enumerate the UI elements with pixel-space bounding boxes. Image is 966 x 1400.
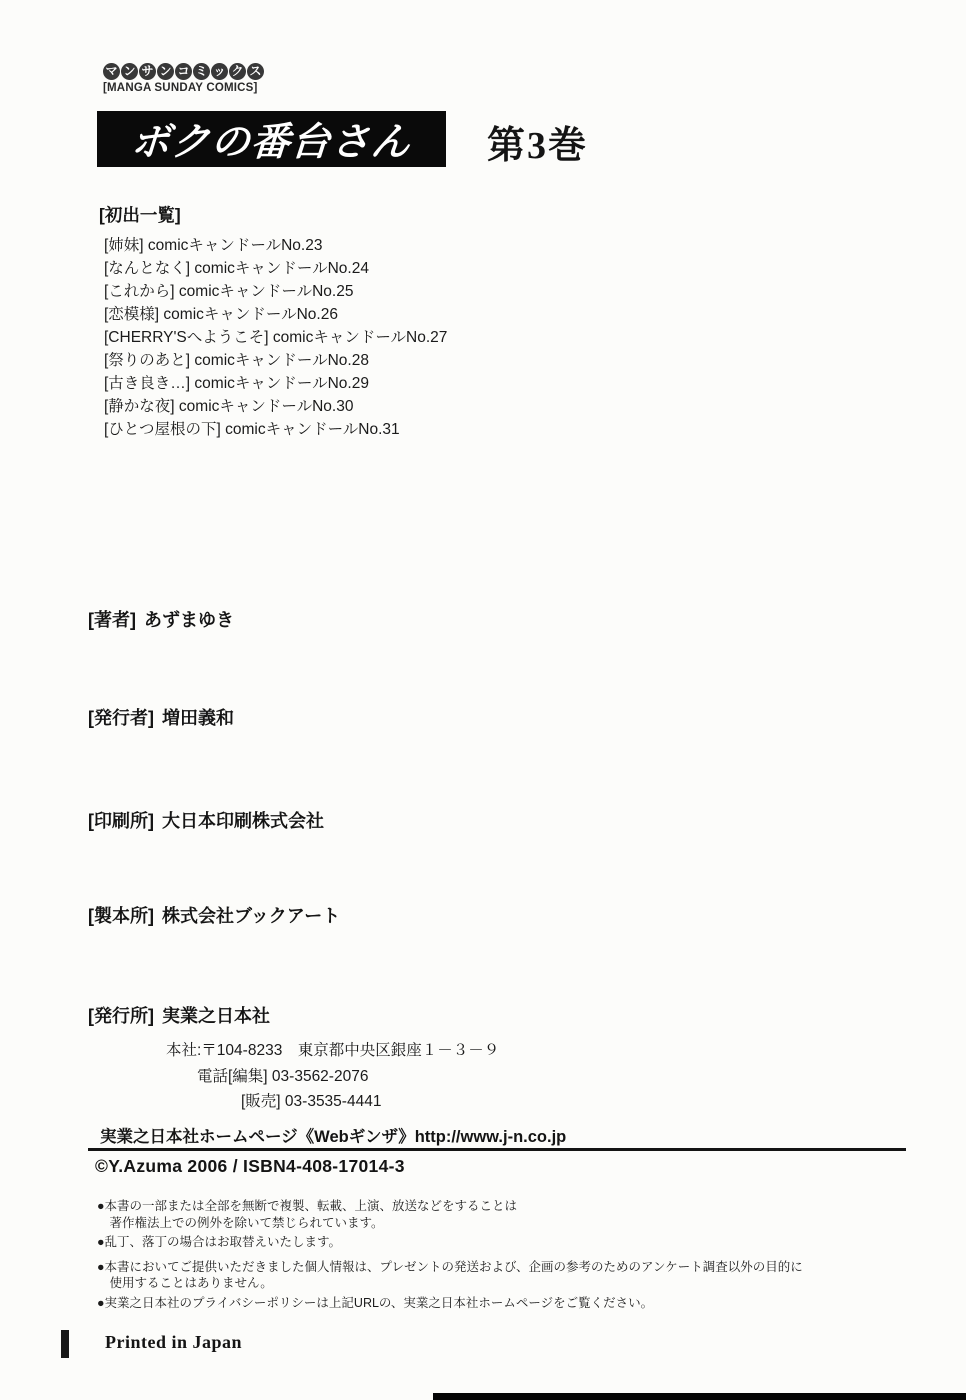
logo-kana-bubble: ン <box>157 63 174 80</box>
list-item: [静かな夜] comicキャンドールNo.30 <box>104 395 447 418</box>
notice-personal-information: ●本書においてご提供いただきました個人情報は、プレゼントの発送および、企画の参考… <box>97 1259 907 1292</box>
credit-label: [発行所] <box>88 1006 154 1026</box>
book-title-bar: ボクの番台さん <box>97 111 446 167</box>
logo-kana-bubble: ン <box>121 63 138 80</box>
credit-bookbinder: [製本所]株式会社ブックアート <box>88 902 340 928</box>
first-publication-list: [姉妹] comicキャンドールNo.23 [なんとなく] comicキャンドー… <box>104 234 447 441</box>
book-title: ボクの番台さん <box>130 111 414 167</box>
credit-printer: [印刷所]大日本印刷株式会社 <box>88 807 324 833</box>
bottom-edge-bar <box>433 1393 966 1400</box>
publisher-phone-editorial: 電話[編集] 03-3562-2076 <box>197 1064 368 1086</box>
legal-notices: ●本書の一部または全部を無断で複製、転載、上演、放送などをすることは 著作権法上… <box>97 1198 907 1311</box>
logo-kana-bubble: ッ <box>211 63 228 80</box>
credit-value: あずまゆき <box>144 610 234 630</box>
credit-value: 増田義和 <box>162 708 234 728</box>
colophon-page: マンサンコミックス [MANGA SUNDAY COMICS] ボクの番台さん … <box>0 0 966 1400</box>
list-item: [恋模様] comicキャンドールNo.26 <box>104 303 447 326</box>
list-item: [これから] comicキャンドールNo.25 <box>104 280 447 303</box>
logo-kana-bubble: ク <box>229 63 246 80</box>
publisher-logo-romaji: [MANGA SUNDAY COMICS] <box>103 82 264 94</box>
credit-author: [著者]あずまゆき <box>88 606 234 632</box>
credit-value: 株式会社ブックアート <box>162 906 340 926</box>
logo-kana-bubble: ミ <box>193 63 210 80</box>
first-publication-heading: [初出一覧] <box>99 202 181 227</box>
list-item: [CHERRY'Sへようこそ] comicキャンドールNo.27 <box>104 326 447 349</box>
credit-label: [著者] <box>88 610 136 630</box>
credit-value: 実業之日本社 <box>162 1006 270 1026</box>
divider-rule <box>88 1148 906 1151</box>
publisher-homepage-url: 実業之日本社ホームページ《Webギンザ》http://www.j-n.co.jp <box>100 1123 566 1147</box>
printed-in-japan-label: Printed in Japan <box>105 1332 242 1353</box>
registration-mark <box>61 1330 69 1358</box>
notice-defective-copies: ●乱丁、落丁の場合はお取替えいたします。 <box>97 1234 907 1251</box>
publisher-logo: マンサンコミックス [MANGA SUNDAY COMICS] <box>103 63 264 94</box>
notice-privacy-policy: ●実業之日本社のプライバシーポリシーは上記URLの、実業之日本社ホームページをご… <box>97 1295 907 1312</box>
credit-publisher: [発行所]実業之日本社 <box>88 1002 270 1028</box>
logo-kana-bubble: マ <box>103 63 120 80</box>
credit-label: [印刷所] <box>88 811 154 831</box>
list-item: [なんとなく] comicキャンドールNo.24 <box>104 257 447 280</box>
logo-kana-bubble: コ <box>175 63 192 80</box>
publisher-address: 本社:〒104-8233 東京都中央区銀座１－３－９ <box>166 1038 499 1060</box>
list-item: [古き良き…] comicキャンドールNo.29 <box>104 372 447 395</box>
logo-kana-bubble: サ <box>139 63 156 80</box>
list-item: [祭りのあと] comicキャンドールNo.28 <box>104 349 447 372</box>
credit-label: [製本所] <box>88 906 154 926</box>
copyright-isbn-line: ©Y.Azuma 2006 / ISBN4-408-17014-3 <box>95 1156 405 1177</box>
list-item: [姉妹] comicキャンドールNo.23 <box>104 234 447 257</box>
credit-value: 大日本印刷株式会社 <box>162 811 324 831</box>
list-item: [ひとつ屋根の下] comicキャンドールNo.31 <box>104 418 447 441</box>
publisher-phone-sales: [販売] 03-3535-4441 <box>241 1089 381 1111</box>
credit-label: [発行者] <box>88 708 154 728</box>
logo-kana-bubble: ス <box>247 63 264 80</box>
volume-label: 第3巻 <box>487 114 588 169</box>
manga-sunday-comics-logo: マンサンコミックス <box>103 63 264 80</box>
notice-copyright-prohibition: ●本書の一部または全部を無断で複製、転載、上演、放送などをすることは 著作権法上… <box>97 1198 907 1231</box>
credit-issuer: [発行者]増田義和 <box>88 704 234 730</box>
